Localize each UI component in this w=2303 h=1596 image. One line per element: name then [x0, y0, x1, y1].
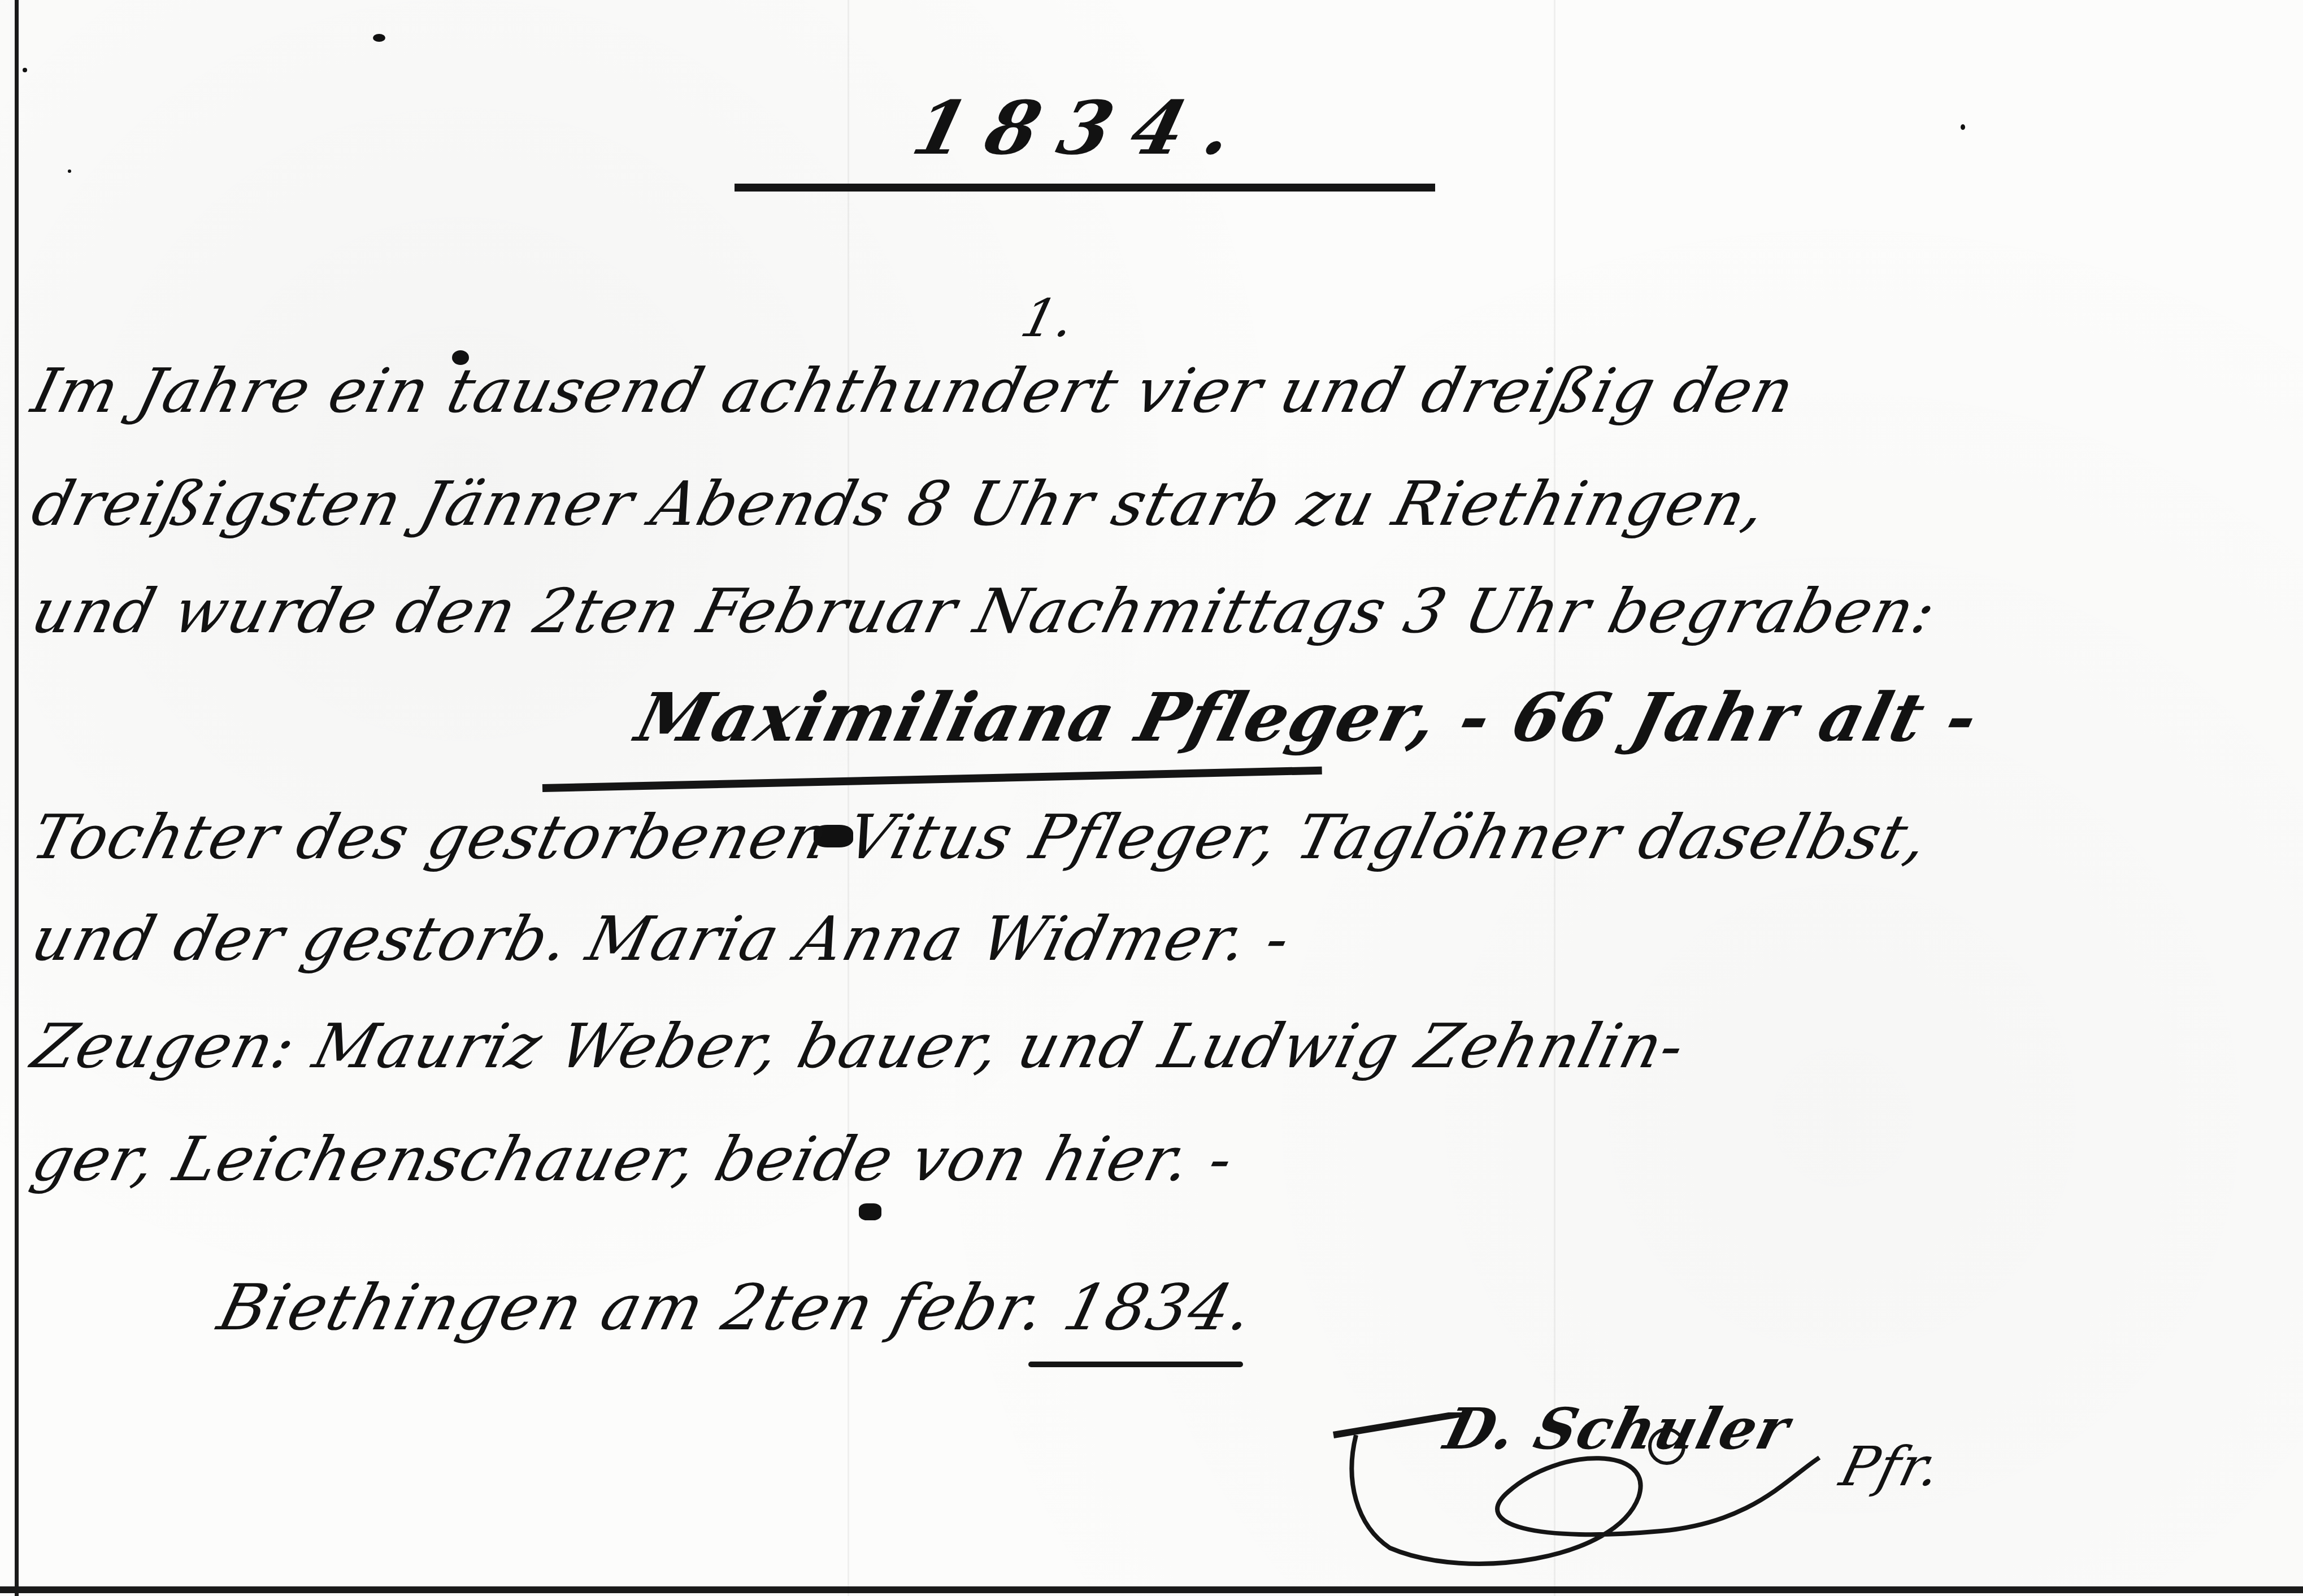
date-month: febr. [885, 1271, 1054, 1345]
place-date-line: Biethingen am 2ten febr. 1834. [211, 1271, 1262, 1345]
place-name: Biethingen [211, 1271, 591, 1345]
date-year: 1834. [1057, 1271, 1262, 1345]
deceased-name-line: Maximiliana Pfleger, - 66 Jahr alt - [629, 678, 1987, 756]
name-underline [542, 767, 1322, 792]
text-line-1: Im Jahre ein tausend achthundert vier un… [25, 356, 1802, 427]
text-line-3: und wurde den 2ten Februar Nachmittags 3… [25, 576, 1944, 647]
document-page: 1834. 1. Im Jahre ein tausend achthunder… [0, 0, 2303, 1596]
year-heading: 1834. [905, 85, 1263, 171]
text-line-8: ger, Leichenschauer, beide von hier. - [25, 1124, 1241, 1195]
text-line-6: und der gestorb. Maria Anna Widmer. - [25, 904, 1298, 975]
ink-speck [68, 169, 71, 173]
entry-number: 1. [1015, 288, 1082, 349]
text-line-5: Tochter des gestorbenen Vitus Pfleger, T… [25, 802, 1936, 873]
text-line-2: dreißigsten Jänner Abends 8 Uhr starb zu… [25, 469, 1774, 540]
signature-name: D. Schuler [1438, 1395, 1797, 1462]
date-underline [1028, 1362, 1243, 1367]
paper-fold [1554, 0, 1555, 1596]
left-border-line [15, 0, 19, 1596]
bottom-border-line [0, 1586, 2303, 1593]
ink-speck [23, 68, 27, 72]
ink-blot [859, 1203, 881, 1220]
year-underline [735, 184, 1435, 192]
ink-speck [1961, 124, 1965, 130]
text-line-7: Zeugen: Mauriz Weber, bauer, und Ludwig … [25, 1011, 1692, 1082]
ink-speck [373, 34, 385, 42]
date-prefix: am [594, 1271, 712, 1345]
signature-title: Pfr. [1834, 1435, 1948, 1498]
paper-fold [848, 0, 849, 1596]
date-day: 2ten [715, 1271, 882, 1345]
